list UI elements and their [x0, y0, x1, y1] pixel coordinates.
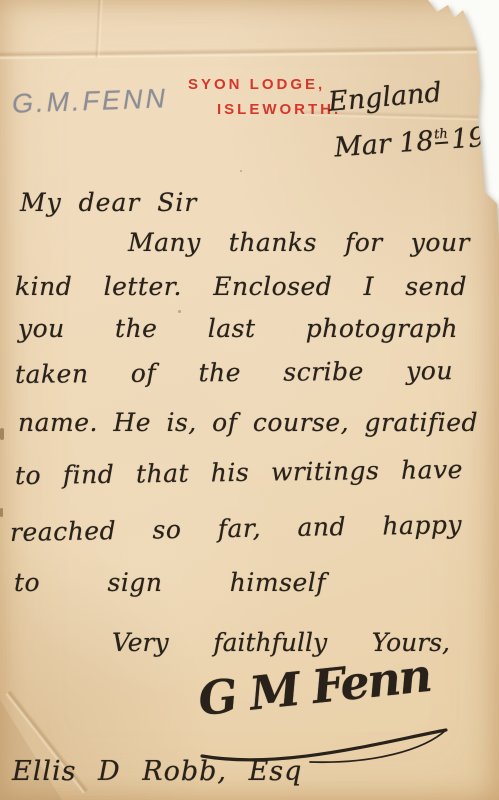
recipient-name: Ellis D Robb, Esq [12, 756, 302, 787]
scanned-letter: G.M.FENN SYON LODGE, ISLEWORTH. England … [0, 0, 499, 800]
date-year: 1903 [450, 120, 499, 156]
body-line: Many thanks for your [128, 228, 470, 257]
body-line: you the last photograph [18, 314, 458, 343]
letterhead-line2: ISLEWORTH. [217, 101, 341, 118]
dateline-location: England [327, 77, 443, 118]
horizontal-crease [0, 45, 499, 60]
paper-speck [178, 310, 181, 313]
letter-paper: G.M.FENN SYON LODGE, ISLEWORTH. England … [0, 0, 499, 800]
body-line: reached so far, and happy [10, 510, 462, 547]
pencil-annotation: G.M.FENN [12, 83, 169, 119]
date-ordinal: th [434, 127, 449, 145]
date-day: Mar 18 [333, 126, 435, 164]
edge-nick [0, 508, 3, 517]
edge-nick [0, 428, 4, 440]
body-line: taken of the scribe you [15, 356, 453, 389]
body-line: to find that his writings have [15, 455, 463, 490]
dateline-date: Mar 18th1903 [333, 120, 499, 164]
paper-shadow-wrap: G.M.FENN SYON LODGE, ISLEWORTH. England … [0, 0, 499, 800]
body-line: kind letter. Enclosed I send [15, 272, 467, 301]
paper-speck [240, 170, 242, 172]
salutation: My dear Sir [20, 188, 197, 217]
vertical-crease [94, 0, 103, 58]
body-line: to sign himself [14, 568, 326, 597]
letterhead-line1: SYON LODGE, [188, 76, 325, 93]
body-line: name. He is, of course, gratified [18, 408, 478, 437]
